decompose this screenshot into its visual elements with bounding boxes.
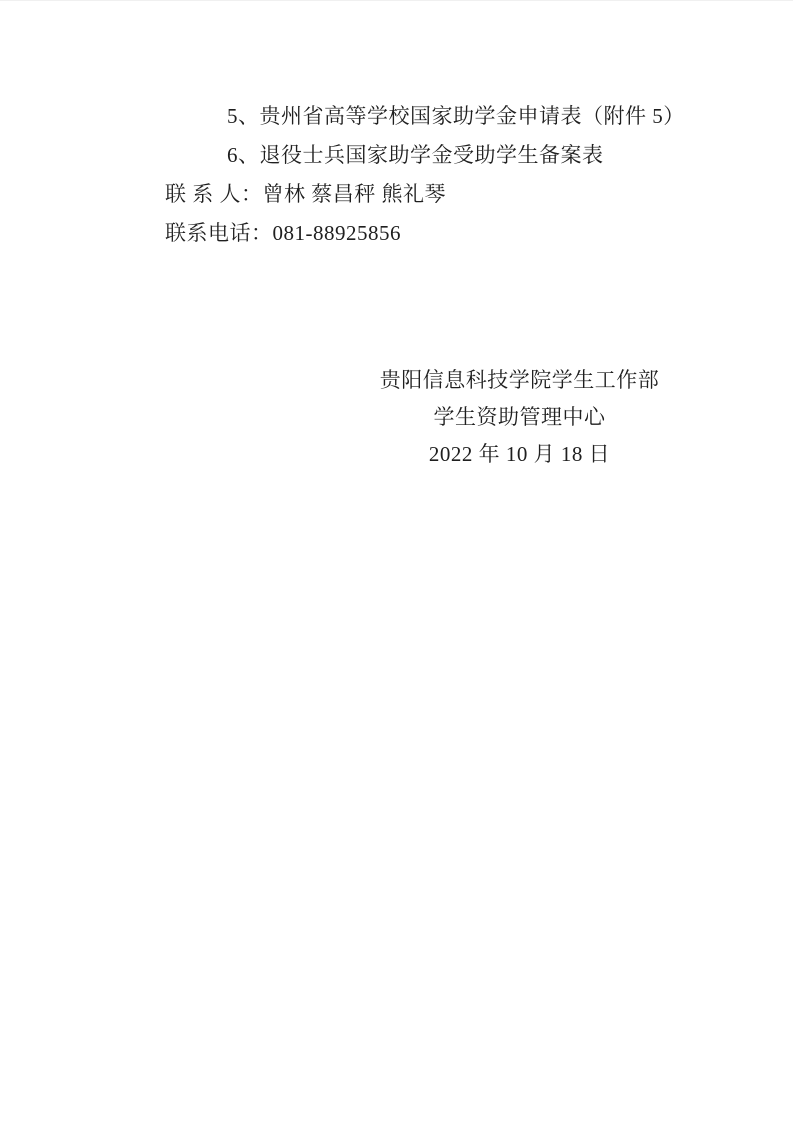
contact-person-line: 联 系 人：曾林 蔡昌秤 熊礼琴 <box>165 175 733 214</box>
signature-date-line: 2022 年 10 月 18 日 <box>246 436 793 473</box>
body-text: 5、贵州省高等学校国家助学金申请表（附件 5） 6、退役士兵国家助学金受助学生备… <box>165 97 733 253</box>
contact-phone-line: 联系电话：081-88925856 <box>165 214 733 253</box>
document-page: 5、贵州省高等学校国家助学金申请表（附件 5） 6、退役士兵国家助学金受助学生备… <box>0 0 793 1122</box>
signature-org-line-1: 贵阳信息科技学院学生工作部 <box>246 362 793 399</box>
attachment-list-item-6: 6、退役士兵国家助学金受助学生备案表 <box>165 136 733 175</box>
attachment-list-item-5: 5、贵州省高等学校国家助学金申请表（附件 5） <box>165 97 733 136</box>
signature-org-line-2: 学生资助管理中心 <box>246 399 793 436</box>
signature-block: 贵阳信息科技学院学生工作部 学生资助管理中心 2022 年 10 月 18 日 <box>246 362 793 473</box>
